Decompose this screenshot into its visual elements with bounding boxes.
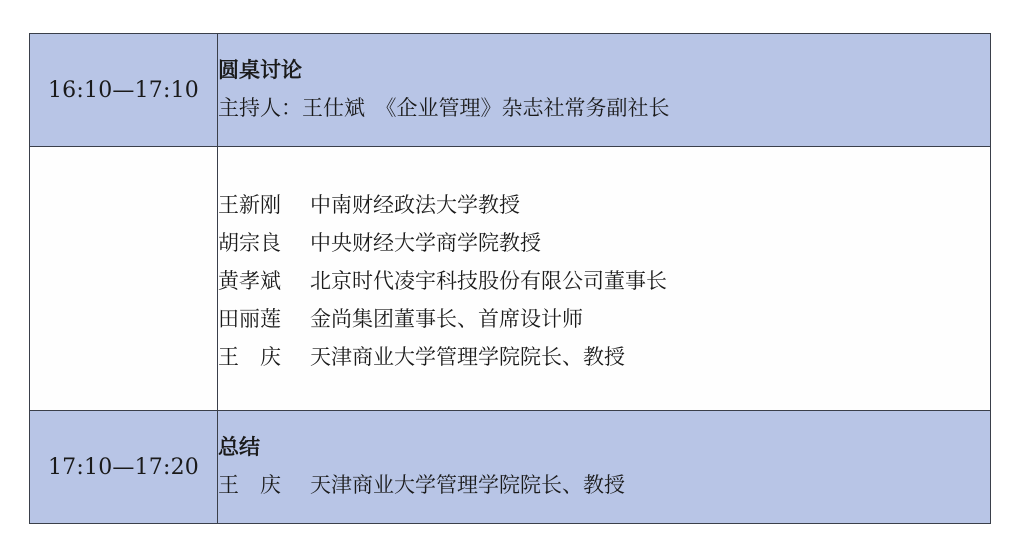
session-cell: 总结 王 庆天津商业大学管理学院院长、教授 [218,411,991,524]
session-cell: 圆桌讨论 主持人：王仕斌 《企业管理》杂志社常务副社长 [218,34,991,147]
agenda-row-roundtable: 16:10—17:10 圆桌讨论 主持人：王仕斌 《企业管理》杂志社常务副社长 [30,34,991,147]
panelist-title: 中南财经政法大学教授 [310,193,520,217]
panelist-title: 天津商业大学管理学院院长、教授 [310,345,625,369]
panelist-name: 王新刚 [218,186,310,224]
session-title: 总结 [218,428,990,466]
session-title: 圆桌讨论 [218,51,990,89]
panelist-name: 黄孝斌 [218,262,310,300]
panelist-item: 王 庆天津商业大学管理学院院长、教授 [218,338,990,376]
time-cell: 16:10—17:10 [30,34,218,147]
agenda-row-panelists: 王新刚中南财经政法大学教授 胡宗良中央财经大学商学院教授 黄孝斌北京时代凌宇科技… [30,147,991,411]
panelist-item: 田丽莲金尚集团董事长、首席设计师 [218,300,990,338]
speaker-item: 王 庆天津商业大学管理学院院长、教授 [218,466,990,504]
time-cell: 17:10—17:20 [30,411,218,524]
agenda-row-summary: 17:10—17:20 总结 王 庆天津商业大学管理学院院长、教授 [30,411,991,524]
panelists-cell: 王新刚中南财经政法大学教授 胡宗良中央财经大学商学院教授 黄孝斌北京时代凌宇科技… [218,147,991,411]
panelist-title: 金尚集团董事长、首席设计师 [310,307,583,331]
panelist-name: 胡宗良 [218,224,310,262]
speaker-name: 王 庆 [218,466,310,504]
panelist-title: 北京时代凌宇科技股份有限公司董事长 [310,269,667,293]
speaker-title: 天津商业大学管理学院院长、教授 [310,473,625,497]
session-host: 主持人：王仕斌 《企业管理》杂志社常务副社长 [218,89,990,127]
panelist-item: 胡宗良中央财经大学商学院教授 [218,224,990,262]
panelist-item: 王新刚中南财经政法大学教授 [218,186,990,224]
panelist-title: 中央财经大学商学院教授 [310,231,541,255]
panelist-item: 黄孝斌北京时代凌宇科技股份有限公司董事长 [218,262,990,300]
panelist-name: 王 庆 [218,338,310,376]
agenda-table: 16:10—17:10 圆桌讨论 主持人：王仕斌 《企业管理》杂志社常务副社长 … [29,33,991,524]
time-cell-empty [30,147,218,411]
panelist-name: 田丽莲 [218,300,310,338]
